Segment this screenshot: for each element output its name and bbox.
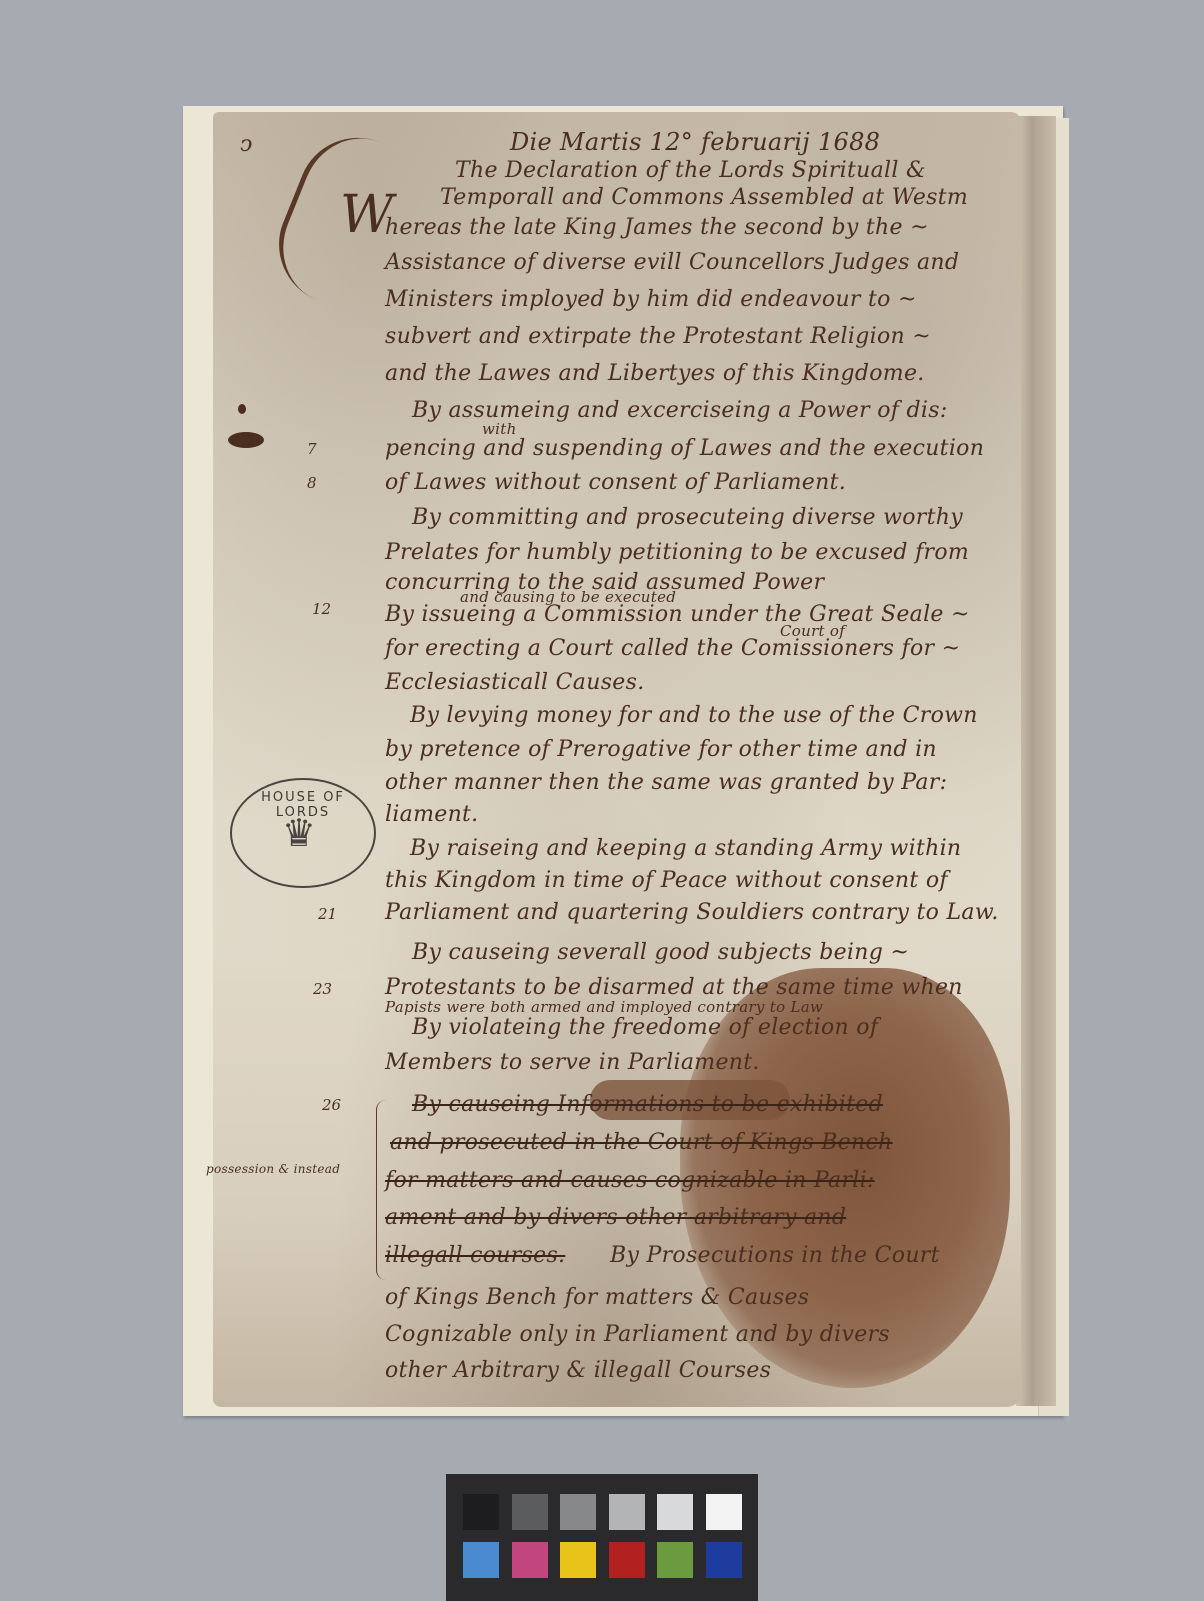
color-patch — [560, 1542, 596, 1578]
manuscript-line: Protestants to be disarmed at the same t… — [385, 975, 963, 1000]
manuscript-line: Cognizable only in Parliament and by div… — [385, 1322, 890, 1347]
underlying-page-edge — [1016, 116, 1056, 1406]
manuscript-line: of Lawes without consent of Parliament. — [385, 470, 846, 495]
margin-number: 26 — [322, 1096, 341, 1114]
manuscript-line: ament and by divers other arbitrary and — [385, 1205, 846, 1230]
ink-blot — [228, 432, 264, 448]
color-patch — [609, 1542, 645, 1578]
gray-patch — [560, 1494, 596, 1530]
manuscript-line: Ministers imployed by him did endeavour … — [385, 287, 917, 312]
color-checker-card — [446, 1474, 758, 1601]
gray-patch — [512, 1494, 548, 1530]
manuscript-line: and the Lawes and Libertyes of this King… — [385, 361, 925, 386]
color-patch — [657, 1542, 693, 1578]
manuscript-line: By causeing severall good subjects being… — [412, 940, 909, 965]
manuscript-line: By committing and prosecuteing diverse w… — [412, 505, 963, 530]
manuscript-line: illegall courses. — [385, 1243, 565, 1268]
manuscript-line: By issueing a Commission under the Great… — [385, 602, 970, 627]
manuscript-line: Die Martis 12° februarij 1688 — [510, 128, 880, 156]
gray-patch — [706, 1494, 742, 1530]
manuscript-line: Assistance of diverse evill Councellors … — [385, 250, 959, 275]
manuscript-line: other manner then the same was granted b… — [385, 770, 947, 795]
manuscript-line: by pretence of Prerogative for other tim… — [385, 737, 937, 762]
manuscript-line: Members to serve in Parliament. — [385, 1050, 760, 1075]
margin-note: possession & instead — [206, 1162, 340, 1176]
ink-blot — [238, 404, 246, 414]
manuscript-line: Parliament and quartering Souldiers cont… — [385, 900, 999, 925]
manuscript-line: The Declaration of the Lords Spirituall … — [455, 158, 926, 183]
manuscript-line: Prelates for humbly petitioning to be ex… — [385, 540, 969, 565]
manuscript-line: By levying money for and to the use of t… — [410, 703, 978, 728]
manuscript-line: other Arbitrary & illegall Courses — [385, 1358, 771, 1383]
manuscript-line: By violateing the freedome of election o… — [412, 1015, 878, 1040]
manuscript-line: this Kingdom in time of Peace without co… — [385, 868, 948, 893]
crown-icon: ♛ — [282, 814, 316, 852]
house-of-lords-stamp: HOUSE OF LORDS ♛ — [230, 778, 376, 888]
corner-mark: ↄ — [240, 132, 252, 157]
margin-number: 23 — [313, 980, 332, 998]
manuscript-line: Papists were both armed and imployed con… — [385, 998, 823, 1016]
gray-patch — [609, 1494, 645, 1530]
manuscript-line: Ecclesiasticall Causes. — [385, 670, 644, 695]
gray-patch — [657, 1494, 693, 1530]
margin-bracket — [376, 1100, 391, 1280]
margin-number: 21 — [318, 905, 337, 923]
manuscript-line: By causeing Informations to be exhibited — [412, 1092, 883, 1117]
gray-patch — [463, 1494, 499, 1530]
manuscript-line: of Kings Bench for matters & Causes — [385, 1285, 809, 1310]
color-patch — [706, 1542, 742, 1578]
margin-number: 12 — [312, 600, 331, 618]
manuscript-line: for matters and causes cognizable in Par… — [385, 1168, 875, 1193]
manuscript-line: pencing and suspending of Lawes and the … — [385, 436, 984, 461]
manuscript-line: Temporall and Commons Assembled at Westm — [440, 185, 968, 210]
manuscript-line: and prosecuted in the Court of Kings Ben… — [390, 1130, 893, 1155]
margin-number: 8 — [307, 474, 317, 492]
margin-number: 7 — [307, 440, 317, 458]
manuscript-line: hereas the late King James the second by… — [385, 215, 929, 240]
manuscript-line: subvert and extirpate the Protestant Rel… — [385, 324, 931, 349]
color-patch — [512, 1542, 548, 1578]
color-patch — [463, 1542, 499, 1578]
manuscript-line: By Prosecutions in the Court — [610, 1243, 940, 1268]
manuscript-line: By raiseing and keeping a standing Army … — [410, 836, 961, 861]
manuscript-line: liament. — [385, 802, 478, 827]
manuscript-line: for erecting a Court called the Comissio… — [385, 636, 960, 661]
